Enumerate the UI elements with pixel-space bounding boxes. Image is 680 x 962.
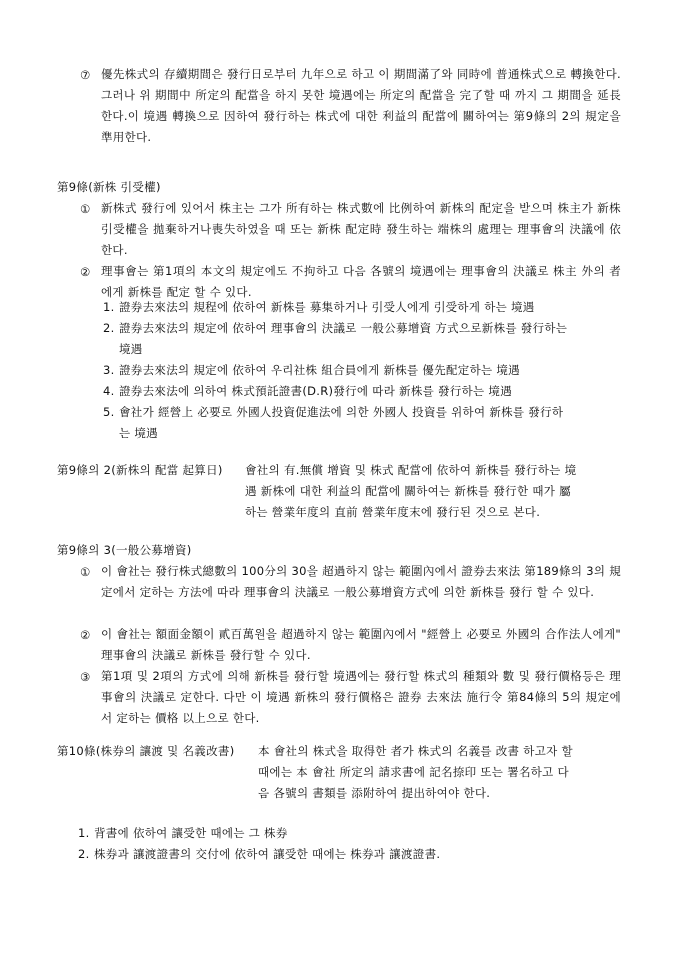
art9-sub1-num: 1. [103,300,115,314]
art10-sub2-text: 株券과 讓渡證書의 交付에 依하여 讓受한 때에는 株券과 讓渡證書. [94,847,440,861]
art9-sub2-num: 2. [103,321,115,335]
document-page: ⑦ 優先株式의 存續期間은 發行日로부터 九年으로 하고 이 期間滿了와 同時에… [0,0,680,962]
art9-item1-text: 新株式 發行에 있어서 株主는 그가 所有하는 株式數에 比例하여 新株의 配定… [101,198,621,261]
item-marker: ③ [80,670,96,684]
art9-sub5-cont: 는 境遇 [119,426,158,440]
art10-line1: 本 會社의 株式을 取得한 者가 株式의 名義를 改書 하고자 할 [258,744,573,758]
item-marker: ① [80,565,96,579]
art9-sub3-num: 3. [103,363,115,377]
item-marker: ② [80,628,96,642]
art9-2-line3: 하는 營業年度의 直前 營業年度末에 發行된 것으로 본다. [245,505,540,519]
art9-sub2-text: 證券去來法의 規定에 依하여 理事會의 決議로 一般公募增資 方式으로新株를 發… [119,321,567,335]
art9-2-line2: 遇 新株에 대한 利益의 配當에 關하여는 新株를 發行한 때가 屬 [245,484,571,498]
art9-sub1-text: 證券去來法의 規程에 依하여 新株를 募集하거나 引受人에게 引受하게 하는 境… [119,300,535,314]
art10-sub1-num: 1. [78,826,90,840]
art9-2-line1: 會社의 有.無償 增資 및 株式 配當에 依하여 新株를 發行하는 境 [245,463,576,477]
item-marker: ① [80,202,96,216]
art9-3-item2-text: 이 會社는 額面金額이 貳百萬원을 超過하지 않는 範圍內에서 "經營上 必要로… [101,624,621,666]
art9-sub4-text: 證券去來法에 의하여 株式預託證書(D.R)發行에 따라 新株를 發行하는 境遇 [119,384,512,398]
art9-sub4-num: 4. [103,384,115,398]
art9-3-item3-text: 第1項 및 2項의 方式에 의해 新株를 發行할 境遇에는 發行할 株式의 種類… [101,666,621,729]
item-marker: ⑦ [80,68,96,82]
art9-item2-text: 理事會는 第1項의 本文의 規定에도 不拘하고 다음 各號의 境遇에는 理事會의… [101,261,621,303]
art10-sub2-num: 2. [78,847,90,861]
article-9-2-heading: 第9條의 2(新株의 配當 起算日) [57,463,223,477]
article-9-3-heading: 第9條의 3(一般公募增資) [57,543,192,557]
article-9-heading: 第9條(新株 引受權) [57,180,161,194]
art9-sub3-text: 證券去來法의 規定에 依하여 우리社株 組合員에게 新株를 優先配定하는 境遇 [119,363,520,377]
item-marker: ② [80,265,96,279]
art9-sub2-cont: 境遇 [119,342,143,356]
art10-sub1-text: 背書에 依하여 讓受한 때에는 그 株券 [94,826,288,840]
art9-sub5-num: 5. [103,405,115,419]
art10-line3: 음 各號의 書類를 添附하여 提出하여야 한다. [258,786,490,800]
art9-3-item1-text: 이 會社는 發行株式總數의 100分의 30을 超過하지 않는 範圍內에서 證券… [101,561,621,603]
art9-sub5-text: 會社가 經營上 必要로 外國人投資促進法에 의한 外國人 投資를 위하여 新株를… [119,405,563,419]
article-10-heading: 第10條(株券의 讓渡 및 名義改書) [57,744,235,758]
art10-line2: 때에는 本 會社 所定의 請求書에 記名捺印 또는 署名하고 다 [258,765,569,779]
art8-item7-text: 優先株式의 存續期間은 發行日로부터 九年으로 하고 이 期間滿了와 同時에 普… [101,64,621,148]
